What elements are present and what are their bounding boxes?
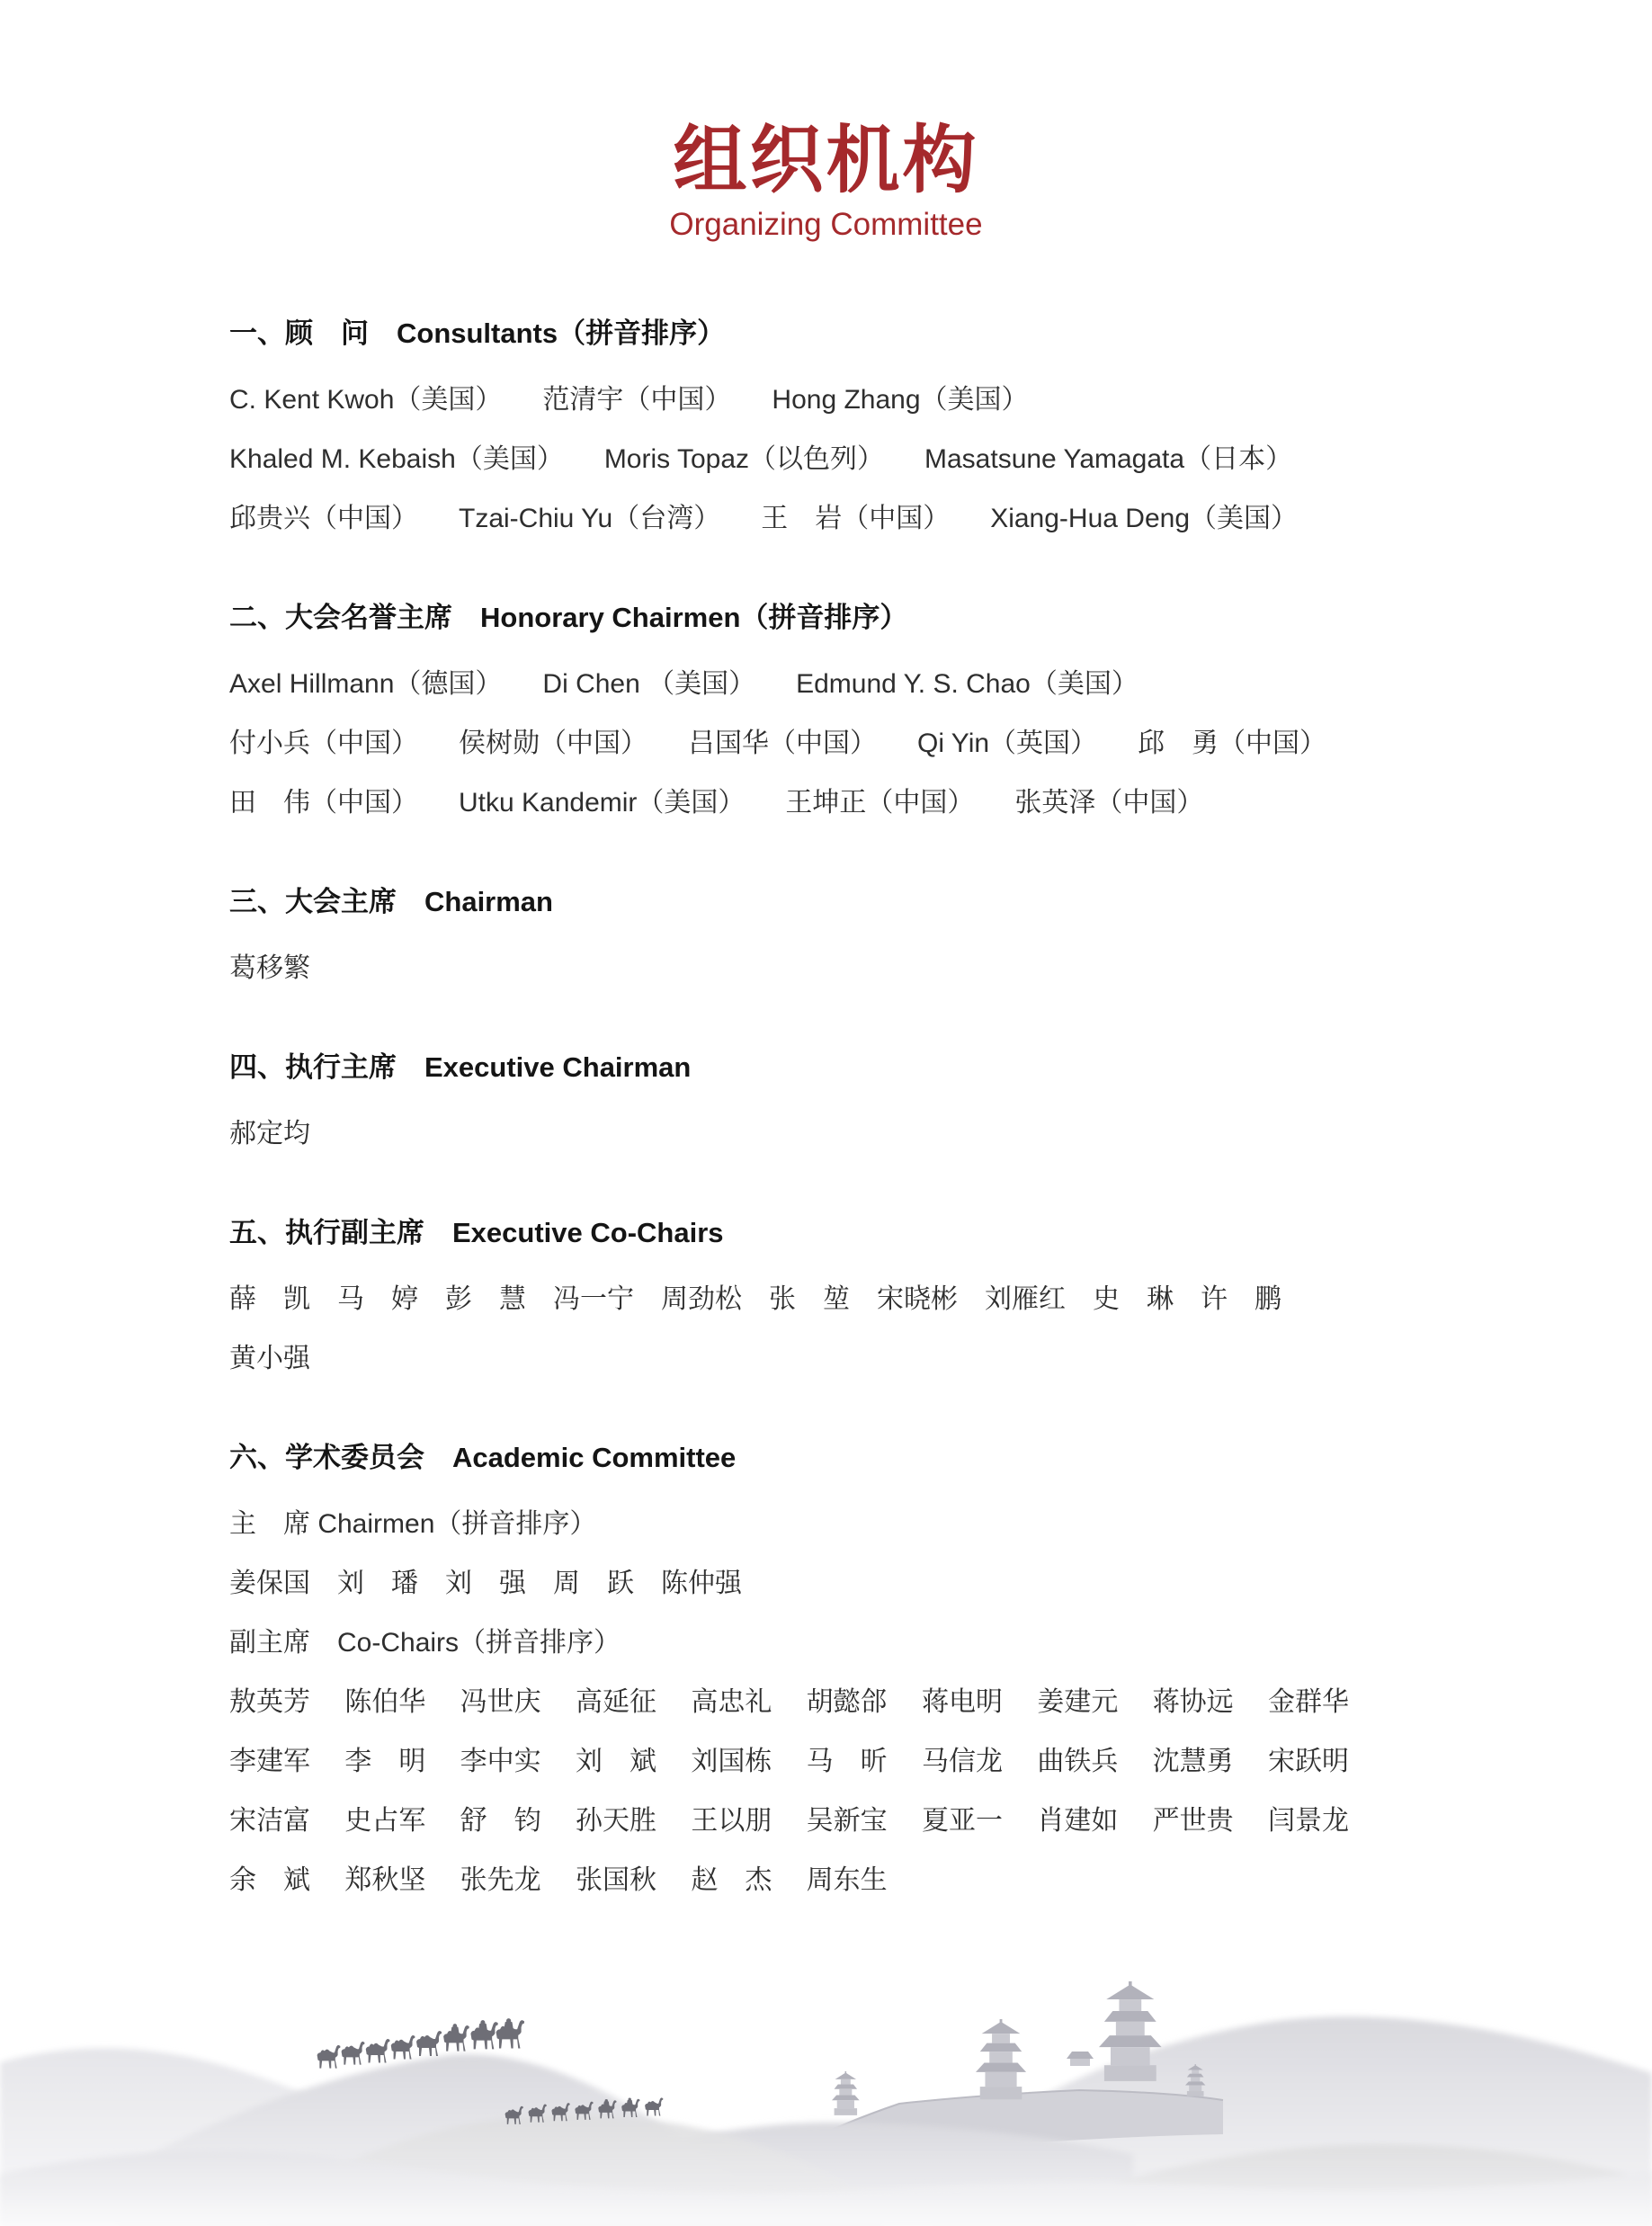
dunes-far <box>0 2016 1652 2226</box>
organizing-committee-page: 组织机构 Organizing Committee 一、顾 问 Consulta… <box>0 0 1652 2226</box>
section-heading: 四、执行主席 Executive Chairman <box>229 1040 1472 1095</box>
names-line: 葛移繁 <box>229 939 1472 998</box>
names-line: 李建军 李 明 李中实 刘 斌 刘国栋 马 昕 马信龙 曲铁兵 沈慧勇 宋跃明 <box>229 1732 1472 1792</box>
desert-illustration <box>0 1902 1652 2226</box>
section-honorary-chairmen: 二、大会名誉主席 Honorary Chairmen（拼音排序） Axel Hi… <box>229 590 1472 833</box>
dunes-foreground <box>0 2144 1652 2226</box>
subsection-co-chairs: 副主席 Co-Chairs（拼音排序） <box>229 1614 1472 1673</box>
great-wall-watchtower-icon <box>754 1981 1223 2199</box>
section-heading: 二、大会名誉主席 Honorary Chairmen（拼音排序） <box>229 590 1472 646</box>
names-line: 邱贵兴（中国） Tzai-Chiu Yu（台湾） 王 岩（中国） Xiang-H… <box>229 489 1472 549</box>
section-heading: 五、执行副主席 Executive Co-Chairs <box>229 1205 1472 1261</box>
subsection-chairmen: 主 席 Chairmen（拼音排序） <box>229 1495 1472 1554</box>
names-line: Axel Hillmann（德国） Di Chen （美国） Edmund Y.… <box>229 655 1472 714</box>
section-heading: 一、顾 问 Consultants（拼音排序） <box>229 306 1472 362</box>
names-line: 宋洁富 史占军 舒 钧 孙天胜 王以朋 吴新宝 夏亚一 肖建如 严世贵 闫景龙 <box>229 1792 1472 1851</box>
names-line: C. Kent Kwoh（美国） 范清宇（中国） Hong Zhang（美国） <box>229 371 1472 430</box>
camel-caravan-icon <box>317 2018 524 2069</box>
page-subtitle: Organizing Committee <box>0 207 1652 243</box>
section-consultants: 一、顾 问 Consultants（拼音排序） C. Kent Kwoh（美国）… <box>229 306 1472 549</box>
names-line: 姜保国 刘 璠 刘 强 周 跃 陈仲强 <box>229 1554 1472 1614</box>
names-line: 敖英芳 陈伯华 冯世庆 高延征 高忠礼 胡懿郃 蒋电明 姜建元 蒋协远 金群华 <box>229 1673 1472 1732</box>
names-line: 田 伟（中国） Utku Kandemir（美国） 王坤正（中国） 张英泽（中国… <box>229 773 1472 833</box>
section-executive-chairman: 四、执行主席 Executive Chairman 郝定均 <box>229 1040 1472 1164</box>
section-chairman: 三、大会主席 Chairman 葛移繁 <box>229 874 1472 998</box>
section-executive-co-chairs: 五、执行副主席 Executive Co-Chairs 薛 凯 马 婷 彭 慧 … <box>229 1205 1472 1389</box>
names-line: 付小兵（中国） 侯树勋（中国） 吕国华（中国） Qi Yin（英国） 邱 勇（中… <box>229 714 1472 773</box>
names-line: Khaled M. Kebaish（美国） Moris Topaz（以色列） M… <box>229 430 1472 489</box>
names-line: 薛 凯 马 婷 彭 慧 冯一宁 周劲松 张 堃 宋晓彬 刘雁红 史 琳 许 鹏 <box>229 1270 1472 1329</box>
camel-caravan-small-icon <box>505 2097 663 2124</box>
committee-list: 一、顾 问 Consultants（拼音排序） C. Kent Kwoh（美国）… <box>0 243 1652 1910</box>
names-line: 郝定均 <box>229 1104 1472 1164</box>
page-header: 组织机构 Organizing Committee <box>0 0 1652 243</box>
dunes-mid <box>117 2054 1133 2226</box>
page-title: 组织机构 <box>0 122 1652 200</box>
section-heading: 六、学术委员会 Academic Committee <box>229 1430 1472 1486</box>
names-line: 余 斌 郑秋坚 张先龙 张国秋 赵 杰 周东生 <box>229 1851 1472 1910</box>
section-academic-committee: 六、学术委员会 Academic Committee 主 席 Chairmen（… <box>229 1430 1472 1910</box>
names-line: 黄小强 <box>229 1329 1472 1389</box>
dunes-front-mid <box>270 2115 881 2226</box>
section-heading: 三、大会主席 Chairman <box>229 874 1472 930</box>
